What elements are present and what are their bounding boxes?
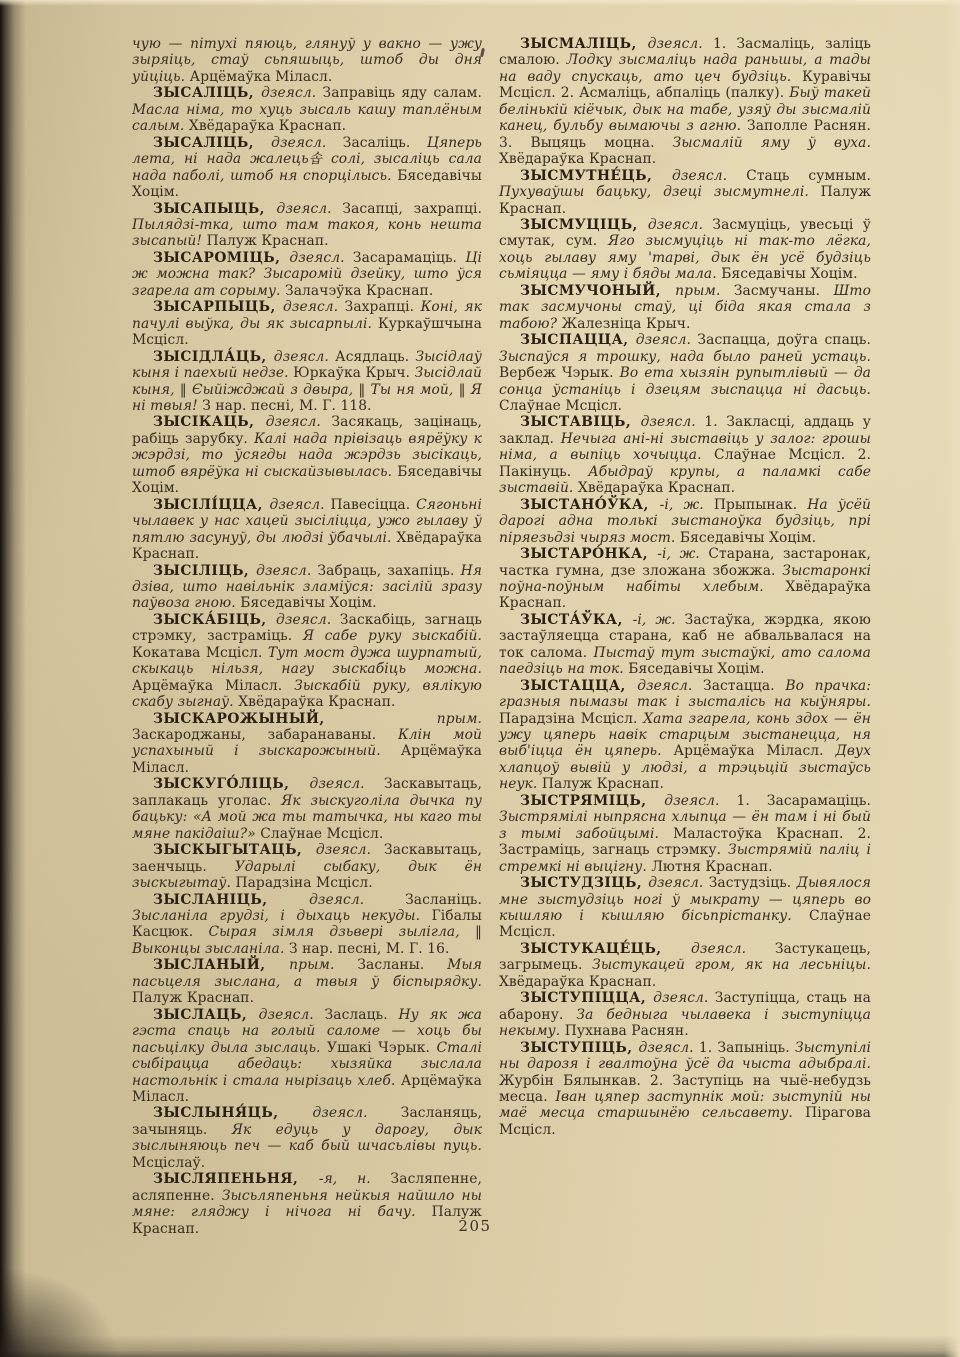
- plain-text: Застацца.: [692, 678, 785, 694]
- headword: ЗЫСТАВІЦЬ,: [520, 414, 641, 430]
- dictionary-entry: чую — пітухі пяюць, глянуў у вакно — ужу…: [132, 36, 482, 85]
- headword: ЗЫСМУЦІЦЬ,: [520, 217, 648, 233]
- plain-text: Павесіцца.: [325, 497, 416, 513]
- text-column-left: чую — пітухі пяюць, глянуў у вакно — ужу…: [132, 36, 482, 1237]
- headword: ЗЫСАРПЫЦЬ,: [153, 299, 283, 315]
- dictionary-entry: ЗЫСТУПІЦЬ, дзеясл. 1. Запыніць. Зыступіл…: [499, 1040, 871, 1139]
- plain-text: Бяседавічы Хоцім.: [717, 266, 858, 282]
- plain-text: Захрапці.: [338, 299, 420, 315]
- italic-text: дзеясл.: [641, 414, 696, 430]
- dictionary-entry: ЗЫСАРПЫЦЬ, дзеясл. Захрапці. Коні, як па…: [132, 299, 482, 348]
- headword: ЗЫСЛАЦЬ,: [153, 1007, 259, 1023]
- headword: ЗЫСТАРО́НКА,: [520, 546, 657, 562]
- plain-text: Ушакі Чэрык.: [321, 1040, 437, 1056]
- plain-text: Арцёмаўка Міласл.: [185, 69, 332, 85]
- headword: ЗЫСЛАНЫЙ,: [153, 957, 289, 973]
- headword: ЗЫСТУДЗІЦЬ,: [520, 875, 648, 891]
- plain-text: Забраць, захапіць.: [311, 563, 460, 579]
- plain-text: Пухнава Раснян.: [560, 1023, 688, 1039]
- dictionary-entry: ЗЫСІЛІ́ЦЦА, дзеясл. Павесіцца. Сягоньні …: [132, 497, 482, 563]
- plain-text: Хвёдараўка Краснап.: [499, 974, 656, 990]
- plain-text: Заправіць яду салам.: [316, 85, 482, 101]
- italic-text: Зыстукацей гром, як на лесьніцы.: [592, 957, 871, 973]
- dictionary-entry: ЗЫСКЫГЫТАЦЬ, дзеясл. Заскавытаць, заенчы…: [132, 842, 482, 891]
- plain-text: Парадзіна Мсцісл.: [499, 711, 643, 727]
- plain-text: Хвёдараўка Краснап.: [184, 118, 346, 134]
- right-edge-highlight: [944, 0, 960, 1357]
- book-gutter-shadow: [0, 0, 26, 1357]
- dictionary-entry: ЗЫСКАРОЖЫНЫЙ, прым. Заскароджаны, забара…: [132, 711, 482, 777]
- headword: ЗЫСТАНО́ЎКА,: [520, 497, 660, 513]
- plain-text: З нар. песні, М. Г. 16.: [284, 941, 449, 957]
- italic-text: дзеясл.: [312, 1105, 367, 1121]
- dictionary-entry: ЗЫСЛАНЫЙ, прым. Засланы. Мыя пасьцеля зы…: [132, 957, 482, 1006]
- italic-text: дзеясл.: [648, 875, 703, 891]
- plain-text: Заслаць.: [314, 1007, 399, 1023]
- plain-text: Парадзіна Мсцісл.: [231, 875, 373, 891]
- italic-text: -і, ж.: [657, 546, 700, 562]
- plain-text: Арцёмаўка Міласл.: [132, 678, 294, 694]
- headword: ЗЫСІЛІЦЬ,: [153, 563, 256, 579]
- headword: ЗЫСТУКАЦЕ́ЦЬ,: [520, 941, 691, 957]
- plain-text: Бяседавічы Хоцім.: [236, 595, 377, 611]
- dictionary-entry: ЗЫСТАНО́ЎКА, -і, ж. Прыпынак. На ўсёй да…: [499, 497, 871, 546]
- plain-text: Засланіць.: [364, 892, 482, 908]
- plain-text: Залачэўка Краснап.: [281, 283, 434, 299]
- plain-text: Палуж Краснап.: [202, 233, 329, 249]
- italic-text: прым.: [289, 957, 334, 973]
- dictionary-entry: ЗЫСТАВІЦЬ, дзеясл. 1. Закласці, аддаць у…: [499, 414, 871, 496]
- headword: ЗЫСКАРОЖЫНЫЙ,: [153, 711, 437, 727]
- headword: ЗЫСЛЯПЕНЬНЯ,: [153, 1171, 319, 1187]
- dictionary-entry: ЗЫСТАРО́НКА, -і, ж. Старана, застаронак,…: [499, 546, 871, 612]
- dictionary-entry: ЗЫСЛЫНЯ́ЦЬ, дзеясл. Засланяць, зачыняць.…: [132, 1105, 482, 1171]
- plain-text: Заскароджаны, забаранаваны.: [132, 727, 398, 743]
- italic-text: дзеясл.: [274, 349, 329, 365]
- headword: ЗЫСПАЦЦА,: [520, 332, 636, 348]
- italic-text: дзеясл.: [276, 201, 331, 217]
- dictionary-entry: ЗЫСІКАЦЬ, дзеясл. Засякаць, зацінаць, ра…: [132, 414, 482, 496]
- italic-text: дзеясл.: [276, 612, 331, 628]
- dictionary-entry: ЗЫСАЛІЦЬ, дзеясл. Засаліць. Цяперь лета,…: [132, 135, 482, 201]
- dictionary-entry: ЗЫСЛАЦЬ, дзеясл. Заслаць. Ну як жа гэста…: [132, 1007, 482, 1106]
- headword: ЗЫСМУЧОНЫЙ,: [520, 283, 675, 299]
- headword: ЗЫСАПЫЦЬ,: [153, 201, 276, 217]
- dictionary-entry: ЗЫСМУЧОНЫЙ, прым. Засмучаны. Што так зас…: [499, 283, 871, 332]
- italic-text: прым.: [437, 711, 482, 727]
- plain-text: Засмучаны.: [720, 283, 833, 299]
- headword: ЗЫСТУПІЦЦА,: [520, 990, 653, 1006]
- plain-text: Кокатава Мсцісл.: [132, 645, 268, 661]
- headword: ЗЫСАЛІЦЬ,: [153, 85, 261, 101]
- italic-text: дзеясл.: [636, 332, 691, 348]
- dictionary-entry: ЗЫСТАЦЦА, дзеясл. Застацца. Во прачка: г…: [499, 678, 871, 793]
- headword: ЗЫСТА́ЎКА,: [520, 612, 633, 628]
- headword: ЗЫСІДЛА́ЦЬ,: [153, 349, 274, 365]
- plain-text: Арцёмаўка Міласл.: [662, 743, 836, 759]
- dictionary-entry: ЗЫСАЛІЦЬ, дзеясл. Заправіць яду салам. М…: [132, 85, 482, 134]
- dictionary-entry: ЗЫСТУДЗІЦЬ, дзеясл. Застудзіць. Дывялося…: [499, 875, 871, 941]
- italic-text: прым.: [675, 283, 720, 299]
- plain-text: Хвёдараўка Краснап.: [234, 694, 396, 710]
- italic-text: дзеясл.: [638, 1040, 693, 1056]
- headword: ЗЫСАРОМІЦЬ,: [153, 250, 289, 266]
- plain-text: Засаліць.: [326, 135, 426, 151]
- headword: ЗЫСАЛІЦЬ,: [153, 135, 271, 151]
- plain-text: З нар. песні, М. Г. 118.: [198, 398, 372, 414]
- dictionary-entry: ЗЫСЛАНІЦЬ, дзеясл. Засланіць. Зысланіла …: [132, 892, 482, 958]
- italic-text: дзеясл.: [269, 497, 324, 513]
- italic-text: дзеясл.: [266, 414, 321, 430]
- dictionary-entry: ЗЫСМУТНЕ́ЦЬ, дзеясл. Стаць сумным. Пухув…: [499, 168, 871, 217]
- italic-text: -і, ж.: [660, 497, 704, 513]
- italic-text: дзеясл.: [271, 135, 326, 151]
- plain-text: Засланы.: [334, 957, 447, 973]
- italic-text: Пухуваўшы бацьку, дзеці зысмутнелі.: [499, 184, 809, 200]
- headword: ЗЫСТРЯМІЦЬ,: [520, 793, 664, 809]
- plain-text: Засапці, захрапці.: [332, 201, 482, 217]
- dictionary-entry: ЗЫСАПЫЦЬ, дзеясл. Засапці, захрапці. Пыл…: [132, 201, 482, 250]
- dictionary-entry: ЗЫСІДЛА́ЦЬ, дзеясл. Асядлаць. Зысідлаў к…: [132, 349, 482, 415]
- plain-text: Хвёдараўка Краснап.: [573, 480, 735, 496]
- page-number: 205: [425, 1217, 525, 1235]
- dictionary-entry: ЗЫСКА́БІЦЬ, дзеясл. Заскабіць, загнаць с…: [132, 612, 482, 711]
- headword: ЗЫСМУТНЕ́ЦЬ,: [520, 168, 672, 184]
- headword: ЗЫСКУГО́ЛІЦЬ,: [153, 776, 310, 792]
- headword: ЗЫСІЛІ́ЦЦА,: [153, 497, 269, 513]
- plain-text: Слаўнае Мсцісл.: [499, 398, 622, 414]
- plain-text: Застудзіць.: [703, 875, 796, 891]
- dictionary-entry: ЗЫСІЛІЦЬ, дзеясл. Забраць, захапіць. Ня …: [132, 563, 482, 612]
- plain-text: Стаць сумным.: [727, 168, 871, 184]
- plain-text: Вербеж Чэрык.: [499, 365, 620, 381]
- dictionary-entry: ЗЫСКУГО́ЛІЦЬ, дзеясл. Заскавытаць, запла…: [132, 776, 482, 842]
- dictionary-entry: ЗЫСТУПІЦЦА, дзеясл. Заступіцца, стаць на…: [499, 990, 871, 1039]
- headword: ЗЫСКЫГЫТАЦЬ,: [153, 842, 316, 858]
- plain-text: Засарамаціць.: [345, 250, 466, 266]
- italic-text: Я сабе руку зыскабій.: [303, 628, 482, 644]
- bottom-edge-shadow: [0, 1335, 960, 1357]
- italic-text: дзеясл.: [672, 168, 727, 184]
- dictionary-entry: ЗЫСМАЛІЦЬ, дзеясл. 1. Засмаліць, заліць …: [499, 36, 871, 168]
- headword: ЗЫСКА́БІЦЬ,: [153, 612, 276, 628]
- plain-text: Мсціслаў.: [132, 1155, 205, 1171]
- plain-text: 1. Запыніць.: [694, 1040, 795, 1056]
- italic-text: дзеясл.: [316, 842, 371, 858]
- italic-text: дзеясл.: [653, 990, 708, 1006]
- italic-text: дзеясл.: [648, 36, 703, 52]
- italic-text: -я, н.: [319, 1171, 371, 1187]
- plain-text: Палуж Краснап.: [132, 990, 254, 1006]
- italic-text: дзеясл.: [309, 892, 364, 908]
- plain-text: Слаўнае Мсцісл.: [256, 826, 384, 842]
- headword: ЗЫСЛАНІЦЬ,: [153, 892, 309, 908]
- plain-text: Бяседавічы Хоцім.: [624, 661, 765, 677]
- italic-text: дзеясл.: [648, 217, 703, 233]
- plain-text: Асядлаць.: [329, 349, 416, 365]
- italic-text: дзеясл.: [664, 793, 719, 809]
- italic-text: Зыспаўся я трошку, нада было раней устац…: [499, 349, 871, 365]
- dictionary-entry: ЗЫСПАЦЦА, дзеясл. Заспацца, доўга спаць.…: [499, 332, 871, 414]
- italic-text: дзеясл.: [691, 941, 746, 957]
- italic-text: дзеясл.: [261, 85, 316, 101]
- italic-text: дзеясл.: [289, 250, 344, 266]
- headword: ЗЫСМАЛІЦЬ,: [520, 36, 648, 52]
- plain-text: Лютня Краснап.: [647, 859, 773, 875]
- italic-text: дзеясл.: [259, 1007, 314, 1023]
- headword: ЗЫСЛЫНЯ́ЦЬ,: [153, 1105, 312, 1121]
- plain-text: Прыпынак.: [704, 497, 808, 513]
- dictionary-entry: ЗЫСТУКАЦЕ́ЦЬ, дзеясл. Застукацець, загры…: [499, 941, 871, 990]
- dictionary-entry: ЗЫСМУЦІЦЬ, дзеясл. Засмуціць, увесьці ў …: [499, 217, 871, 283]
- plain-text: Хвёдараўка Краснап.: [499, 151, 656, 167]
- dictionary-entry: ЗЫСТА́ЎКА, -і, ж. Застаўка, жэрдка, якою…: [499, 612, 871, 678]
- headword: ЗЫСТАЦЦА,: [520, 678, 637, 694]
- plain-text: Жалезніца Крыч.: [557, 316, 690, 332]
- dictionary-entry: ЗЫСТРЯМІЦЬ, дзеясл. 1. Засарамаціць. Зыс…: [499, 793, 871, 875]
- dictionary-entry: ЗЫСАРОМІЦЬ, дзеясл. Засарамаціць. Ці ж м…: [132, 250, 482, 299]
- headword: ЗЫСТУПІЦЬ,: [520, 1040, 638, 1056]
- italic-text: дзеясл.: [256, 563, 311, 579]
- italic-text: дзеясл.: [310, 776, 365, 792]
- italic-text: Зысланіла грудзі, і дыхаць некуды.: [132, 908, 420, 924]
- top-edge-highlight: [0, 0, 960, 6]
- plain-text: Палуж Краснап.: [537, 776, 664, 792]
- plain-text: Заспацца, доўга спаць.: [691, 332, 871, 348]
- plain-text: Бяседавічы Хоцім.: [675, 530, 816, 546]
- plain-text: 1. Засарамаціць.: [719, 793, 871, 809]
- headword: ЗЫСІКАЦЬ,: [153, 414, 266, 430]
- italic-text: -і, ж.: [633, 612, 676, 628]
- plain-text: Юркаўка Крыч.: [289, 365, 415, 381]
- italic-text: дзеясл.: [637, 678, 692, 694]
- text-column-right: ЗЫСМАЛІЦЬ, дзеясл. 1. Засмаліць, заліць …: [499, 36, 871, 1138]
- italic-text: Зысмалій яму ў вуха.: [673, 135, 871, 151]
- italic-text: дзеясл.: [283, 299, 338, 315]
